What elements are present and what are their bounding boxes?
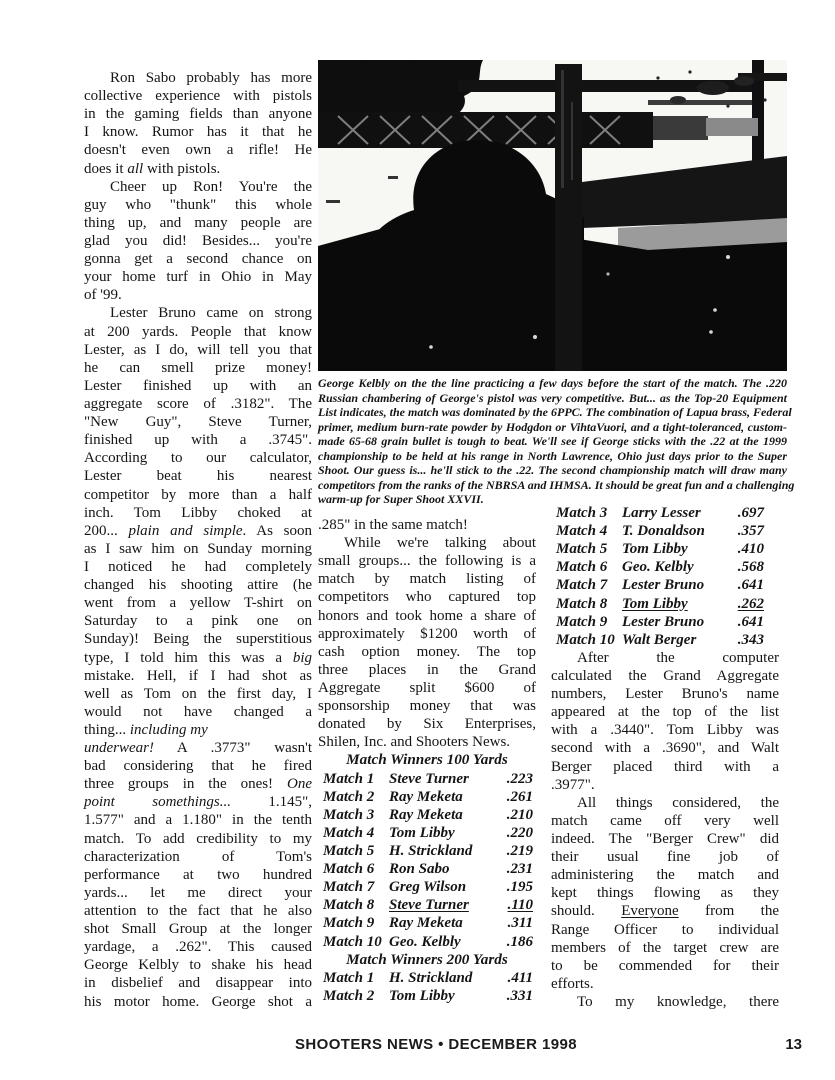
text-line: numbers, Lester Bruno's name bbox=[551, 685, 779, 703]
text-line: mistake. Hell, if I had shot as bbox=[84, 667, 312, 685]
text-line: Russian chambering of George's pistol wa… bbox=[318, 391, 787, 406]
text-line: yardage, a .262". This caused bbox=[84, 938, 312, 956]
winner-name: Tom Libby bbox=[389, 987, 507, 1005]
text-line: made 65-68 grain bullet is tough to beat… bbox=[318, 434, 787, 449]
table-row: Match 1H. Strickland.411 bbox=[318, 969, 536, 987]
match-label: Match 7 bbox=[551, 576, 622, 594]
text-line: aggregate score of .3182". The bbox=[84, 395, 312, 413]
text-line: as I saw him on Sunday morning bbox=[84, 540, 312, 558]
winner-name: Ron Sabo bbox=[389, 860, 507, 878]
text-line: thing up, and many people are bbox=[84, 214, 312, 232]
article-column-middle: .285" in the same match!While we're talk… bbox=[318, 516, 536, 1005]
text-line: Saturday to a pink one on bbox=[84, 612, 312, 630]
match-label: Match 7 bbox=[318, 878, 389, 896]
text-line: of '99. bbox=[84, 286, 312, 304]
winner-name: Steve Turner bbox=[389, 770, 507, 788]
text-line: Shoot. Our guess is... he'll stick to th… bbox=[318, 463, 787, 478]
winner-name: Tom Libby bbox=[622, 540, 738, 558]
text-line: Lester Bruno came on strong bbox=[84, 304, 312, 322]
text-line: glad you did! Besides... you're bbox=[84, 232, 312, 250]
table-row: Match 3Ray Meketa.210 bbox=[318, 806, 536, 824]
text-line: sponsorship money that was bbox=[318, 697, 536, 715]
text-line: honors and took home a share of bbox=[318, 607, 536, 625]
text-line: 200... plain and simple. As soon bbox=[84, 522, 312, 540]
text-line: match came off very well bbox=[551, 812, 779, 830]
text-line: type, I told him this was a big bbox=[84, 649, 312, 667]
table-row: Match 7Lester Bruno.641 bbox=[551, 576, 779, 594]
table-row: Match 6Geo. Kelbly.568 bbox=[551, 558, 779, 576]
text-line: calculated the Grand Aggregate bbox=[551, 667, 779, 685]
match-label: Match 4 bbox=[551, 522, 622, 540]
text-line: his motor home. George shot a bbox=[84, 993, 312, 1011]
match-label: Match 4 bbox=[318, 824, 389, 842]
text-line: your home turf in Ohio in May bbox=[84, 268, 312, 286]
winner-name: Ray Meketa bbox=[389, 806, 507, 824]
table-row: Match 8Steve Turner.110 bbox=[318, 896, 536, 914]
text-line: at 200 yards. People that know bbox=[84, 323, 312, 341]
winner-name: H. Strickland bbox=[389, 969, 508, 987]
text-line: Lester finished up with an bbox=[84, 377, 312, 395]
match-label: Match 1 bbox=[318, 969, 389, 987]
score-value: .186 bbox=[507, 933, 536, 951]
score-value: .210 bbox=[507, 806, 536, 824]
match-label: Match 3 bbox=[551, 504, 622, 522]
text-line: All things considered, the bbox=[551, 794, 779, 812]
match-label: Match 6 bbox=[551, 558, 622, 576]
match-label: Match 5 bbox=[318, 842, 389, 860]
table-row: Match 5H. Strickland.219 bbox=[318, 842, 536, 860]
score-value: .411 bbox=[508, 969, 536, 987]
table-row: Match 3Larry Lesser.697 bbox=[551, 504, 779, 522]
winner-name: Lester Bruno bbox=[622, 576, 738, 594]
text-line: shot Small Group at the longer bbox=[84, 920, 312, 938]
text-line: attention to the fact that he also bbox=[84, 902, 312, 920]
table-row: Match 4Tom Libby.220 bbox=[318, 824, 536, 842]
text-line: competitors from the ranks of the NBRSA … bbox=[318, 478, 787, 493]
text-line: in the gaming fields than anyone bbox=[84, 105, 312, 123]
text-line: Range Officer to individual bbox=[551, 921, 779, 939]
table-row: Match 9Ray Meketa.311 bbox=[318, 914, 536, 932]
text-line: match. To add credibility to my bbox=[84, 830, 312, 848]
score-value: .343 bbox=[738, 631, 779, 649]
photo bbox=[318, 60, 787, 371]
text-line: second with a .3690", and Walt bbox=[551, 739, 779, 757]
text-line: went from a yellow T-shirt on bbox=[84, 594, 312, 612]
text-line: gonna get a second chance on bbox=[84, 250, 312, 268]
table-row: Match 9Lester Bruno.641 bbox=[551, 613, 779, 631]
photo-caption: George Kelbly on the the line practicing… bbox=[318, 376, 787, 507]
winner-name: T. Donaldson bbox=[622, 522, 738, 540]
text-line: I noticed he had completely bbox=[84, 558, 312, 576]
table-row: Match 10Walt Berger.343 bbox=[551, 631, 779, 649]
text-line: While we're talking about bbox=[318, 534, 536, 552]
winner-name: Walt Berger bbox=[622, 631, 738, 649]
winner-name: Ray Meketa bbox=[389, 788, 507, 806]
text-line: George Kelbly on the the line practicing… bbox=[318, 376, 787, 391]
text-line: administering the match and bbox=[551, 866, 779, 884]
match-label: Match 8 bbox=[318, 896, 389, 914]
match-label: Match 1 bbox=[318, 770, 389, 788]
page-number: 13 bbox=[785, 1036, 802, 1053]
text-line: should. Everyone from the bbox=[551, 902, 779, 920]
text-line: indeed. The "Berger Crew" did bbox=[551, 830, 779, 848]
text-line: championship to be held at his range in … bbox=[318, 449, 787, 464]
match-label: Match 5 bbox=[551, 540, 622, 558]
score-value: .219 bbox=[507, 842, 536, 860]
text-line: three groups in the ones! One bbox=[84, 775, 312, 793]
text-line: bad considering that he fired bbox=[84, 757, 312, 775]
match-label: Match 2 bbox=[318, 987, 389, 1005]
score-value: .357 bbox=[738, 522, 779, 540]
table-row: Match 4T. Donaldson.357 bbox=[551, 522, 779, 540]
text-line: Ron Sabo probably has more bbox=[84, 69, 312, 87]
text-line: to be commended for their bbox=[551, 957, 779, 975]
text-line: well as Tom on the first day, I bbox=[84, 685, 312, 703]
text-line: Berger placed third with a bbox=[551, 758, 779, 776]
match-label: Match 10 bbox=[318, 933, 389, 951]
winner-name: Tom Libby bbox=[389, 824, 507, 842]
magazine-page: George Kelbly on the the line practicing… bbox=[0, 0, 835, 1080]
text-line: Shilen, Inc. and Shooters News. bbox=[318, 733, 536, 751]
score-value: .195 bbox=[507, 878, 536, 896]
text-line: doesn't even own a rifle! He bbox=[84, 141, 312, 159]
score-value: .110 bbox=[508, 896, 536, 914]
score-value: .311 bbox=[508, 914, 536, 932]
table-row: Match 8Tom Libby.262 bbox=[551, 595, 779, 613]
match-label: Match 3 bbox=[318, 806, 389, 824]
text-line: characterization of Tom's bbox=[84, 848, 312, 866]
match-label: Match 8 bbox=[551, 595, 622, 613]
winner-name: Lester Bruno bbox=[622, 613, 738, 631]
text-line: with a .3440". Tom Libby was bbox=[551, 721, 779, 739]
table-heading: Match Winners 200 Yards bbox=[318, 951, 536, 969]
score-value: .220 bbox=[507, 824, 536, 842]
text-line: To my knowledge, there bbox=[551, 993, 779, 1011]
text-line: match by match listing of bbox=[318, 570, 536, 588]
text-line: collective experience with pistols bbox=[84, 87, 312, 105]
text-line: performance at two hundred bbox=[84, 866, 312, 884]
photo-halftone-illustration bbox=[318, 60, 787, 371]
text-line: 1.577" and a 1.180" in the tenth bbox=[84, 811, 312, 829]
text-line: After the computer bbox=[551, 649, 779, 667]
text-line: Lester, as I do, will tell you that bbox=[84, 341, 312, 359]
text-line: George Kelbly to shake his head bbox=[84, 956, 312, 974]
table-row: Match 2Tom Libby.331 bbox=[318, 987, 536, 1005]
text-line: inch. Tom Libby choked at bbox=[84, 504, 312, 522]
text-line: appeared at the top of the list bbox=[551, 703, 779, 721]
winner-name: Tom Libby bbox=[622, 595, 738, 613]
winner-name: Greg Wilson bbox=[389, 878, 507, 896]
match-label: Match 9 bbox=[318, 914, 389, 932]
text-line: Sunday)! Being the superstitious bbox=[84, 630, 312, 648]
score-value: .697 bbox=[738, 504, 779, 522]
text-line: According to our calculator, bbox=[84, 449, 312, 467]
text-line: point somethings... 1.145", bbox=[84, 793, 312, 811]
text-line: kept things flowing as they bbox=[551, 884, 779, 902]
table-row: Match 1Steve Turner.223 bbox=[318, 770, 536, 788]
text-line: List indicates, the match was dominated … bbox=[318, 405, 787, 420]
text-line: would not have changed a bbox=[84, 703, 312, 721]
score-value: .641 bbox=[738, 613, 779, 631]
table-row: Match 2Ray Meketa.261 bbox=[318, 788, 536, 806]
text-line: three places in the Grand bbox=[318, 661, 536, 679]
text-line: underwear! A .3773" wasn't bbox=[84, 739, 312, 757]
text-line: changed his shooting attire (he bbox=[84, 576, 312, 594]
score-value: .261 bbox=[507, 788, 536, 806]
text-line: thing... including my bbox=[84, 721, 312, 739]
journal-footer: SHOOTERS NEWS • DECEMBER 1998 bbox=[82, 1036, 790, 1053]
text-line: in disbelief and disappear into bbox=[84, 974, 312, 992]
text-line: members of the target crew are bbox=[551, 939, 779, 957]
text-line: donated by Six Enterprises, bbox=[318, 715, 536, 733]
winner-name: Larry Lesser bbox=[622, 504, 738, 522]
table-row: Match 7Greg Wilson.195 bbox=[318, 878, 536, 896]
score-value: .262 bbox=[738, 595, 779, 613]
score-value: .568 bbox=[738, 558, 779, 576]
match-label: Match 9 bbox=[551, 613, 622, 631]
text-line: "New Guy", Steve Turner, bbox=[84, 413, 312, 431]
text-line: .285" in the same match! bbox=[318, 516, 536, 534]
text-line: yards... let me direct your bbox=[84, 884, 312, 902]
text-line: I know. Rumor has it that he bbox=[84, 123, 312, 141]
text-line: competitor by more than a half bbox=[84, 486, 312, 504]
article-column-left: Ron Sabo probably has morecollective exp… bbox=[84, 69, 312, 1011]
text-line: cash option money. The top bbox=[318, 643, 536, 661]
text-line: primer, medium burn-rate powder by Hodgd… bbox=[318, 420, 787, 435]
text-line: small groups... the following is a bbox=[318, 552, 536, 570]
text-line: approximately $1200 worth of bbox=[318, 625, 536, 643]
winner-name: H. Strickland bbox=[389, 842, 507, 860]
match-label: Match 6 bbox=[318, 860, 389, 878]
text-line: efforts. bbox=[551, 975, 779, 993]
text-line: does it all with pistols. bbox=[84, 160, 312, 178]
winner-name: Geo. Kelbly bbox=[622, 558, 738, 576]
table-heading: Match Winners 100 Yards bbox=[318, 751, 536, 769]
match-label: Match 2 bbox=[318, 788, 389, 806]
table-row: Match 5Tom Libby.410 bbox=[551, 540, 779, 558]
score-value: .231 bbox=[507, 860, 536, 878]
text-line: .3977". bbox=[551, 776, 779, 794]
article-column-right: Match 3Larry Lesser.697Match 4T. Donalds… bbox=[551, 504, 779, 1011]
table-row: Match 6Ron Sabo.231 bbox=[318, 860, 536, 878]
winner-name: Steve Turner bbox=[389, 896, 508, 914]
score-value: .410 bbox=[738, 540, 779, 558]
text-line: guy who "thunk" this whole bbox=[84, 196, 312, 214]
text-line: Lester beat his nearest bbox=[84, 467, 312, 485]
score-value: .223 bbox=[507, 770, 536, 788]
text-line: finished up with a .3745". bbox=[84, 431, 312, 449]
winner-name: Geo. Kelbly bbox=[389, 933, 507, 951]
winner-name: Ray Meketa bbox=[389, 914, 508, 932]
text-line: their usual fine job of bbox=[551, 848, 779, 866]
text-line: Aggregate split $600 of bbox=[318, 679, 536, 697]
text-line: Cheer up Ron! You're the bbox=[84, 178, 312, 196]
text-line: he can smell prize money! bbox=[84, 359, 312, 377]
table-row: Match 10Geo. Kelbly.186 bbox=[318, 933, 536, 951]
match-label: Match 10 bbox=[551, 631, 622, 649]
text-line: competitors who captured top bbox=[318, 588, 536, 606]
score-value: .641 bbox=[738, 576, 779, 594]
score-value: .331 bbox=[507, 987, 536, 1005]
